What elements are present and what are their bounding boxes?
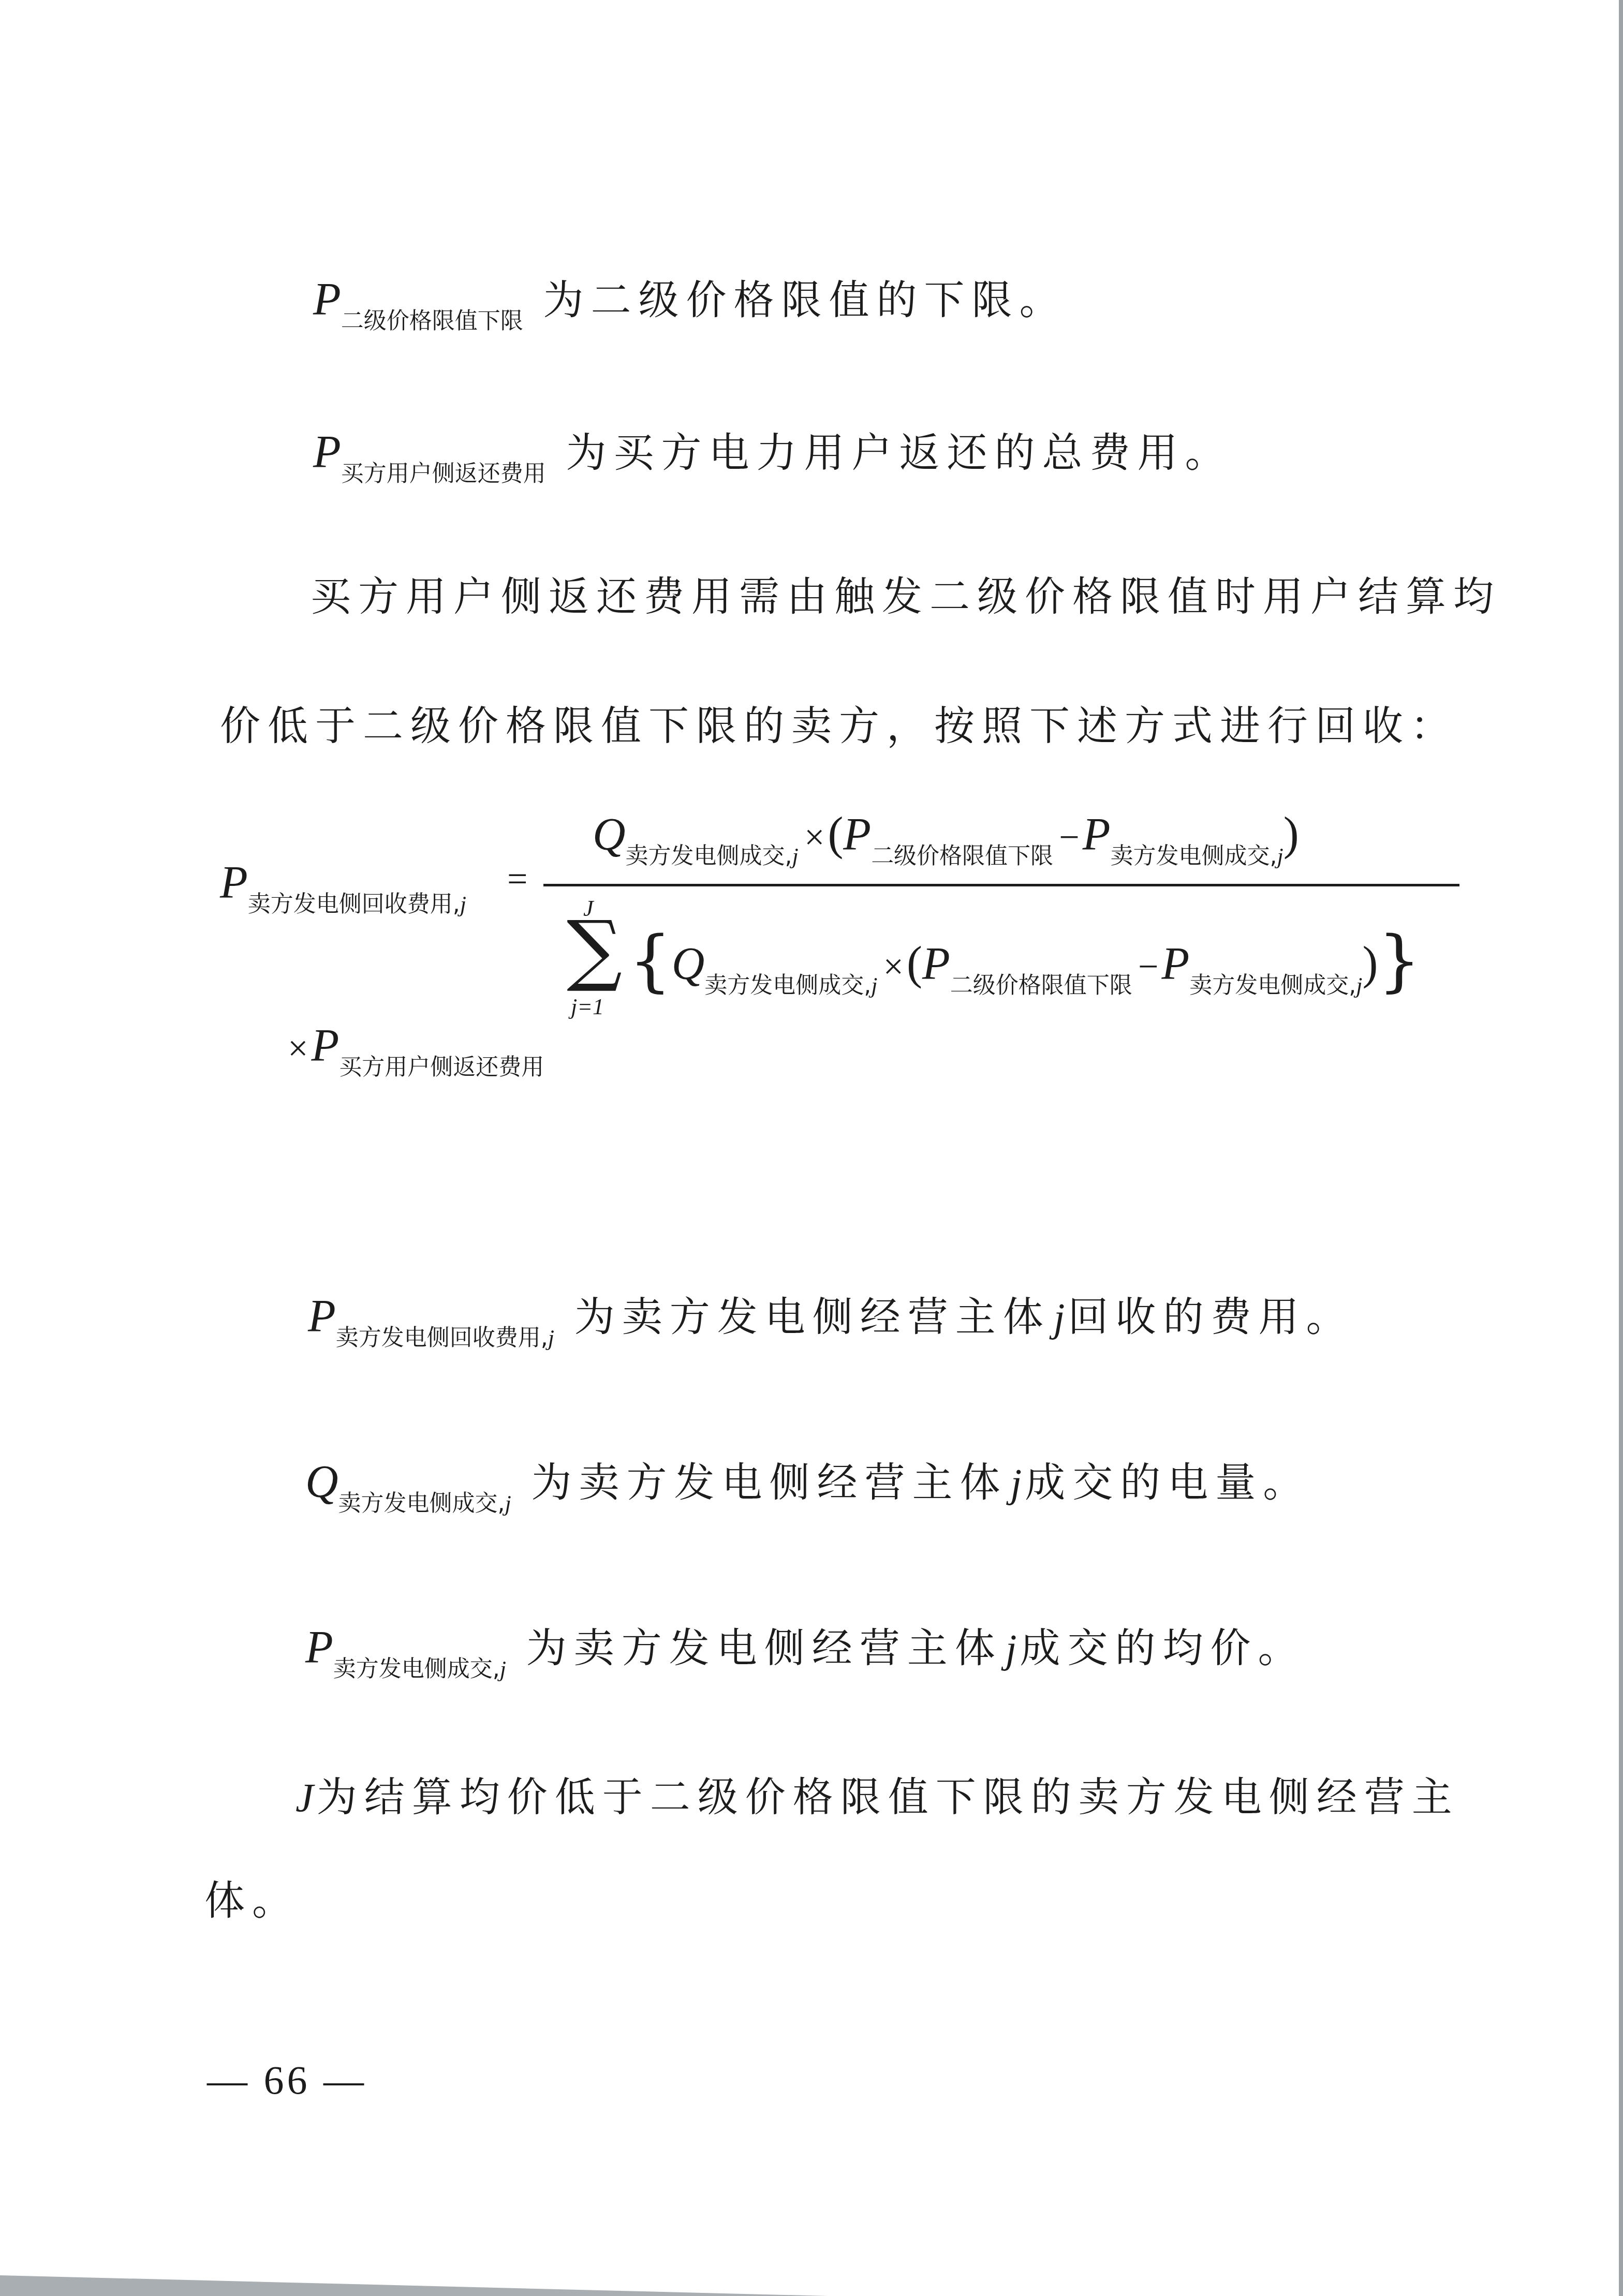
recovery-formula: P卖方发电侧回收费用,j = Q卖方发电侧成交,j ×(P二级价格限值下限 −P… [220, 807, 1462, 1097]
summation-icon: ∑ [567, 911, 622, 988]
math-subscript: 卖方发电侧回收费用,j [336, 1325, 554, 1351]
definition-seller-recovery: P卖方发电侧回收费用,j 为卖方发电侧经营主体j回收的费用。 [308, 1294, 1354, 1339]
formula-denominator: J ∑ j=1 {Q卖方发电侧成交,j ×(P二级价格限值下限 −P卖方发电侧成… [556, 895, 1462, 1004]
sum-lower-limit: j=1 [571, 994, 604, 1020]
definition-text: 为卖方发电侧经营主体 [574, 1294, 1051, 1341]
page-number: — 66 — [207, 2057, 367, 2104]
closing-line-1: J为结算均价低于二级价格限值下限的卖方发电侧经营主 [292, 1777, 1459, 1818]
math-subscript: 卖方发电侧成交,j [338, 1490, 511, 1517]
definition-lower-limit: P二级价格限值下限 为二级价格限值的下限。 [313, 277, 1067, 322]
math-symbol: P [313, 274, 341, 324]
definition-text: 为买方电力用户返还的总费用。 [566, 430, 1233, 477]
definition-buyer-refund: P买方用户侧返还费用 为买方电力用户返还的总费用。 [313, 429, 1233, 475]
equals-sign: = [507, 859, 527, 900]
math-symbol: Q [305, 1457, 338, 1507]
formula-lhs: P卖方发电侧回收费用,j [220, 856, 466, 909]
paragraph-line-1: 买方用户侧返还费用需由触发二级价格限值时用户结算均 [311, 577, 1501, 617]
math-subscript: 二级价格限值下限 [341, 308, 523, 334]
scan-edge-bottom [0, 2275, 828, 2296]
math-symbol: P [305, 1622, 333, 1672]
definition-text: 为二级价格限值的下限。 [543, 277, 1067, 324]
definition-text: 为卖方发电侧经营主体 [532, 1460, 1008, 1506]
math-subscript: 卖方发电侧回收费用,j [248, 891, 466, 917]
math-symbol: P [313, 427, 341, 477]
math-symbol: P [220, 857, 248, 908]
definition-seller-price: P卖方发电侧成交,j 为卖方发电侧经营主体j成交的均价。 [305, 1625, 1306, 1670]
closing-line-2: 体。 [204, 1881, 300, 1921]
fraction-bar [543, 884, 1459, 886]
math-subscript: 买方用户侧返还费用 [341, 461, 546, 487]
formula-multiplier: ×P买方用户侧返还费用 [220, 1019, 544, 1072]
paragraph-line-2: 价低于二级价格限值下限的卖方，按照下述方式进行回收： [220, 706, 1458, 747]
formula-numerator: Q卖方发电侧成交,j ×(P二级价格限值下限 −P卖方发电侧成交,j) [593, 807, 1299, 861]
definition-seller-quantity: Q卖方发电侧成交,j 为卖方发电侧经营主体j成交的电量。 [305, 1459, 1310, 1505]
math-symbol: P [308, 1291, 336, 1341]
math-symbol: J [292, 1775, 317, 1820]
definition-text: 为卖方发电侧经营主体 [526, 1625, 1002, 1672]
scan-edge-right [1619, 0, 1623, 2296]
math-subscript: 卖方发电侧成交,j [333, 1656, 506, 1682]
